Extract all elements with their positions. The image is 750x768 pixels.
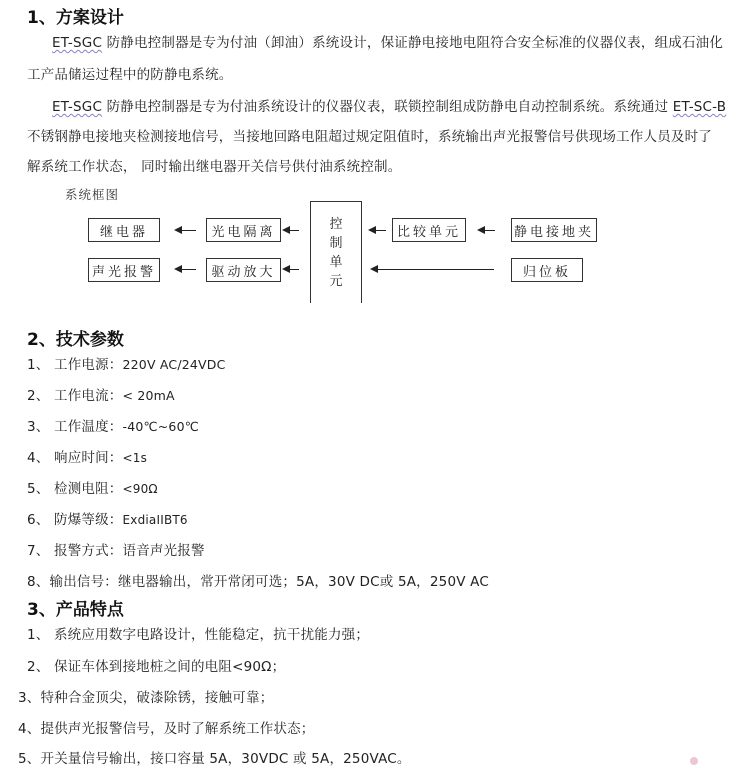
box-sound-light-alarm: 声光报警 — [88, 258, 160, 282]
box-comparison-unit: 比较单元 — [392, 218, 466, 242]
arrow-left-icon — [176, 230, 196, 231]
box-reset-board: 归位板 — [511, 258, 583, 282]
model-name: ET-SGC — [52, 35, 102, 51]
box-drive-amplifier: 驱动放大 — [206, 258, 281, 282]
spec-item: 3、 工作温度：-40℃~60℃ — [27, 415, 199, 435]
box-static-ground-clamp: 静电接地夹 — [511, 218, 597, 242]
arrow-left-icon — [284, 269, 299, 270]
box-control-unit: 控 制 单 元 — [310, 201, 362, 303]
arrow-left-icon — [284, 230, 299, 231]
diagram-title: 系统框图 — [65, 185, 119, 203]
spec-item: 4、 响应时间：<1s — [27, 446, 147, 466]
paragraph-1-line-2: 工产品储运过程中的防静电系统。 — [27, 63, 233, 83]
feature-item: 2、 保证车体到接地桩之间的电阻<90Ω； — [27, 655, 285, 675]
paragraph-1-line-1: ET-SGC 防静电控制器是专为付油（卸油）系统设计，保证静电接地电阻符合安全标… — [52, 31, 723, 51]
feature-item: 3、特种合金顶尖，破漆除锈，接触可靠； — [18, 686, 273, 706]
clamp-model-name: ET-SC-B — [673, 99, 726, 115]
decorative-mark — [690, 757, 698, 765]
section-heading-specs: 2、技术参数 — [27, 325, 124, 350]
box-photo-isolation: 光电隔离 — [206, 218, 281, 242]
section-heading-design: 1、方案设计 — [27, 3, 124, 28]
spec-item: 1、 工作电源：220V AC/24VDC — [27, 353, 226, 373]
feature-item: 1、 系统应用数字电路设计，性能稳定，抗干扰能力强； — [27, 623, 369, 643]
model-name: ET-SGC — [52, 99, 102, 115]
arrow-left-icon — [176, 269, 196, 270]
paragraph-2-line-2: 不锈钢静电接地夹检测接地信号，当接地回路电阻超过规定阻值时，系统输出声光报警信号… — [27, 125, 712, 145]
spec-item: 2、 工作电流：< 20mA — [27, 384, 175, 404]
spec-item: 7、 报警方式：语音声光报警 — [27, 539, 205, 559]
arrow-left-icon — [479, 230, 495, 231]
feature-item: 5、开关量信号输出，接口容量 5A，30VDC 或 5A，250VAC。 — [18, 747, 411, 767]
box-relay: 继电器 — [88, 218, 160, 242]
paragraph-2-line-3: 解系统工作状态， 同时输出继电器开关信号供付油系统控制。 — [27, 155, 401, 175]
arrow-left-icon — [370, 230, 386, 231]
spec-item: 8、输出信号：继电器输出，常开常闭可选；5A，30V DC或 5A，250V A… — [27, 570, 489, 590]
spec-item: 5、 检测电阻：<90Ω — [27, 477, 158, 497]
spec-item: 6、 防爆等级：ExdiaIIBT6 — [27, 508, 188, 528]
paragraph-2-line-1: ET-SGC 防静电控制器是专为付油系统设计的仪器仪表，联锁控制组成防静电自动控… — [52, 95, 726, 115]
arrow-left-icon — [372, 269, 494, 270]
section-heading-features: 3、产品特点 — [27, 595, 124, 620]
feature-item: 4、提供声光报警信号，及时了解系统工作状态； — [18, 717, 315, 737]
